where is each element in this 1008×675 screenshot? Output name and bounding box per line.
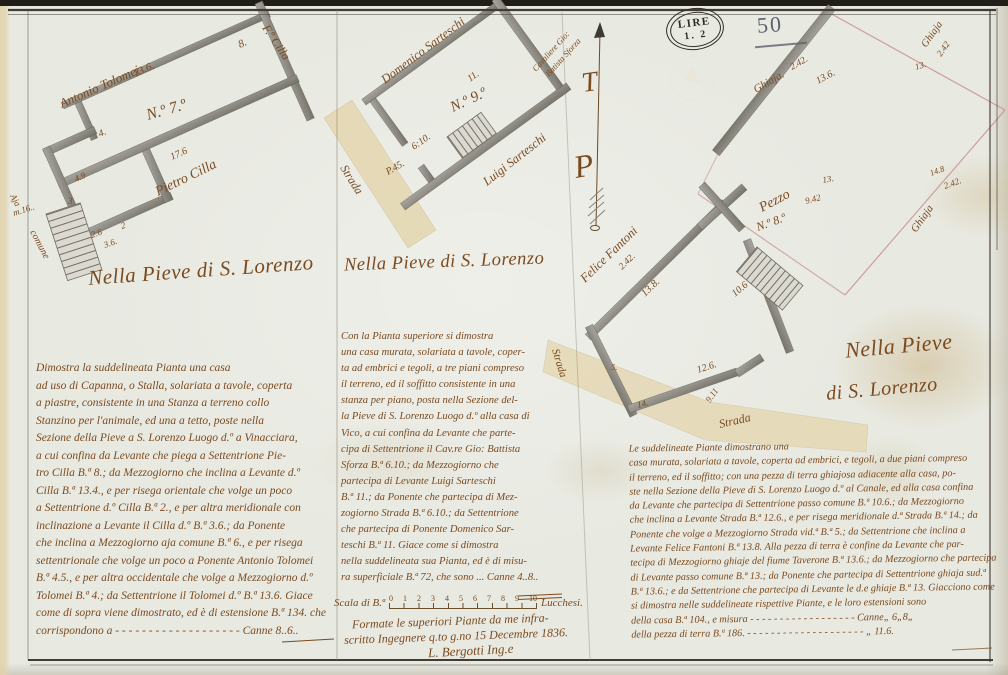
manuscript-line: Sforza B.ª 6.10.; da Mezzogiorno che [341, 458, 587, 474]
plan9-owner-top-label: Domenico Sarteschi [378, 14, 468, 87]
parcel-ghiaja2-value: 2.42 [934, 39, 952, 58]
parcel-dim-13: 13. [822, 173, 835, 185]
compass-needle [588, 22, 605, 231]
manuscript-line: cipa di Settentrione il Cav.re Gio: Batt… [341, 442, 587, 458]
plan7-dim-4: 4. [97, 127, 108, 140]
manuscript-line: B.ª 4.5., e per altra occidentale che vo… [36, 570, 338, 588]
scale-tick-number: 6 [473, 595, 477, 603]
scale-suffix: Lucchesi. [541, 597, 583, 609]
parcel-number: N.º 8.º [753, 210, 788, 234]
plan9-dim-610: 6:10. [409, 131, 432, 152]
parcel-boundary-lines [698, 12, 1005, 295]
lire-stamp-word: LIRE [677, 16, 711, 32]
scale-prefix: Scala di B.ª [334, 597, 385, 609]
manuscript-line: Sezione della Pieve a S. Lorenzo Luogo d… [36, 430, 338, 448]
parcel-ghiaja3-a: 14.8 [928, 163, 946, 178]
manuscript-line: Stanzino per l'animale, ed una a tetto, … [36, 413, 338, 431]
parcel-pezzo-label: Pezzo [756, 187, 793, 216]
plan8-dim-242: 2.42. [617, 252, 638, 272]
scanned-cadastral-document: { "stamps": { "lire_top": "LIRE", "lire_… [0, 0, 1008, 675]
manuscript-line: Vico, a cui confina da Levante che parte… [341, 426, 587, 442]
plan7-dim-2: 2 [119, 220, 127, 231]
plan7-comune-label: comune [27, 228, 52, 261]
scale-ruler: 012345678910 [389, 595, 537, 609]
plan7-dim-3: 3 [67, 196, 73, 206]
manuscript-line: a Settentrione d.º Cilla B.ª 2., e per a… [36, 500, 338, 518]
parcel-wall-length: 13.6. [814, 68, 837, 87]
scale-tick-number: 8 [501, 595, 505, 603]
scale-tick-number: 7 [487, 595, 491, 603]
plan8-dim-106: 10.6 [730, 280, 750, 300]
plan9-stairs [447, 112, 496, 158]
plan7-dim-36: 3.6. [101, 236, 118, 250]
plan9-dim-11: 11. [465, 69, 481, 85]
scale-tick-number: 10 [529, 595, 537, 603]
parcel-ghiaja2-side: 13. [914, 59, 928, 72]
scale-ticks: 012345678910 [389, 595, 537, 603]
scale-tick-number: 0 [389, 595, 393, 603]
plan7-number: N.º 7.º [143, 96, 189, 124]
manuscript-line: ra superficiale B.ª 72, che sono ... Can… [341, 570, 587, 586]
manuscript-line: che partecipa di Ponente Domenico Sar- [341, 522, 587, 538]
manuscript-line: che inclina a Mezzogiorno aja comune B.ª… [36, 535, 338, 553]
manuscript-line: tro Cilla B.ª 8.; da Mezzogiorno che inc… [36, 465, 338, 483]
manuscript-line: stanza per piano, posta nella Sezione de… [341, 393, 587, 409]
manuscript-line: la Pieve di S. Lorenzo Luogo d.º alla ca… [341, 409, 587, 425]
manuscript-line: ta ad embrici e tegoli, a tre piani comp… [341, 361, 587, 377]
scale-tick-number: 9 [515, 595, 519, 603]
parcel-dim-942: 9.42 [804, 192, 822, 206]
right-description-paragraph: Le suddelineate Piante dimostrano unacas… [629, 437, 1008, 642]
compass-letter-p: P [570, 146, 596, 185]
scale-tick-number: 1 [403, 595, 407, 603]
manuscript-line: come di sopra viene dimostrato, ed è di … [36, 605, 338, 623]
plan7-length-bottom: 17.6 [169, 146, 189, 163]
manuscript-line: Dimostra la suddelineata Pianta una casa [36, 360, 338, 378]
manuscript-line: a cui confina da Levante che piega a Set… [36, 448, 338, 466]
manuscript-line: corrispondono a - - - - - - - - - - - - … [36, 623, 338, 641]
lire-stamp-value: 1. 2 [684, 28, 708, 42]
manuscript-line: B.ª 11.; da Ponente che partecipa di Mez… [341, 490, 587, 506]
manuscript-line: Cilla B.ª 13.4., e per risega orientale … [36, 483, 338, 501]
plan7-owner-right-label: F.º Cilla [259, 21, 293, 62]
middle-description-paragraph: Con la Pianta superiore si dimostrauna c… [341, 329, 587, 587]
scale-tick-number: 3 [431, 595, 435, 603]
manuscript-line: Tolomei B.ª 4.; da Settentrione il Tolom… [36, 588, 338, 606]
folio-number: 50 [756, 11, 784, 39]
scale-tick-number: 4 [445, 595, 449, 603]
manuscript-line: teschi B.ª 11. Giace come si dimostra [341, 538, 587, 554]
manuscript-line: Con la Pianta superiore si dimostra [341, 329, 587, 345]
scale-bar: Scala di B.ª 012345678910 Lucchesi. [334, 595, 590, 609]
manuscript-line: zogiorno Strada B.ª 6.10.; da Settentrio… [341, 506, 587, 522]
parcel-ghiaja3-label: Ghiaja [909, 202, 937, 234]
manuscript-line: il terreno, ed il soffitto consistente i… [341, 377, 587, 393]
manuscript-line: a piastre, consistente in una Stanza a t… [36, 395, 338, 413]
scale-tick-number: 5 [459, 595, 463, 603]
parcel-ghiaja3-b: 2.42. [942, 175, 962, 191]
manuscript-line: inclinazione a Levante il Cilla d.º B.ª … [36, 518, 338, 536]
scale-ruler-line [389, 603, 537, 609]
plan8-dim-5: 5. [611, 362, 617, 372]
manuscript-line: ad uso di Capanna, o Stalla, solariata a… [36, 378, 338, 396]
manuscript-line: partecipa di Levante Luigi Sarteschi [341, 474, 587, 490]
plan7-dim-8: 8. [236, 36, 248, 50]
plan9-number: N.º 9.º [447, 85, 489, 116]
manuscript-line: una casa murata, solariata a tavole, cop… [341, 345, 587, 361]
left-description-paragraph: Dimostra la suddelineata Pianta una casa… [36, 360, 338, 640]
scale-tick-number: 2 [417, 595, 421, 603]
plan7-owner-top-label: Antonio Tolomei [56, 62, 142, 111]
manuscript-line: nella suddelineata sua Pianta, ed è di m… [341, 554, 587, 570]
plan8-dim-126: 12.6. [696, 359, 718, 376]
manuscript-line: settentrionale che volge un poco a Ponen… [36, 553, 338, 571]
